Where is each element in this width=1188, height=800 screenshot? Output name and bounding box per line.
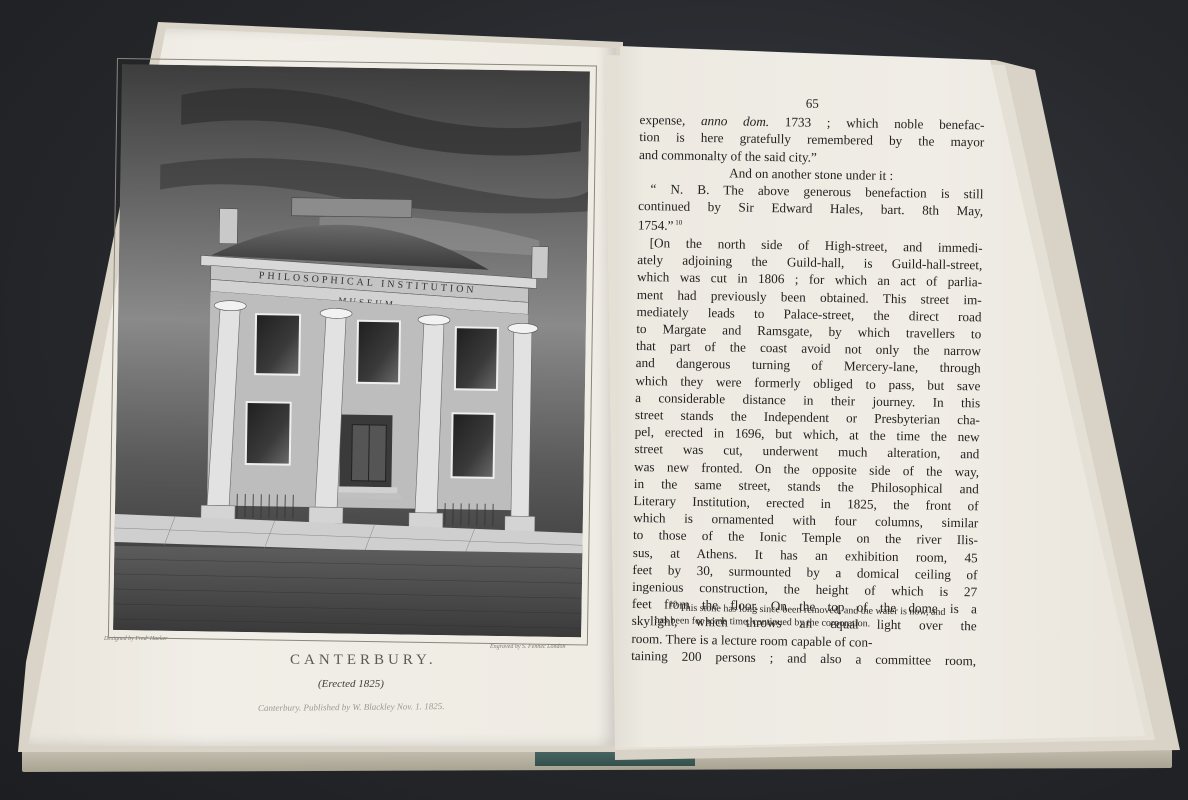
- building-engraving-icon: PHILOSOPHICAL INSTITUTION MUSEUM: [113, 64, 590, 637]
- text-lines: expense, anno dom. 1733 ; which noble be…: [631, 111, 985, 669]
- designer-credit: Designed by Fredᵉ Hacker: [104, 636, 168, 642]
- engraving-illustration: PHILOSOPHICAL INSTITUTION MUSEUM: [113, 64, 590, 637]
- engraver-credit: Engraved by S. Fennec London: [490, 644, 565, 650]
- publisher-line: Canterbury. Published by W. Blackley Nov…: [258, 701, 445, 713]
- page-body: 65 expense, anno dom. 1733 ; which noble…: [631, 92, 985, 669]
- footnote-ref: 10: [673, 219, 682, 227]
- plate-subtitle: (Erected 1825): [318, 678, 384, 690]
- footnote-marker: 10: [669, 599, 677, 608]
- plate-title: CANTERBURY.: [290, 652, 437, 669]
- footnote: 10 This stone has long since been remove…: [655, 598, 1025, 633]
